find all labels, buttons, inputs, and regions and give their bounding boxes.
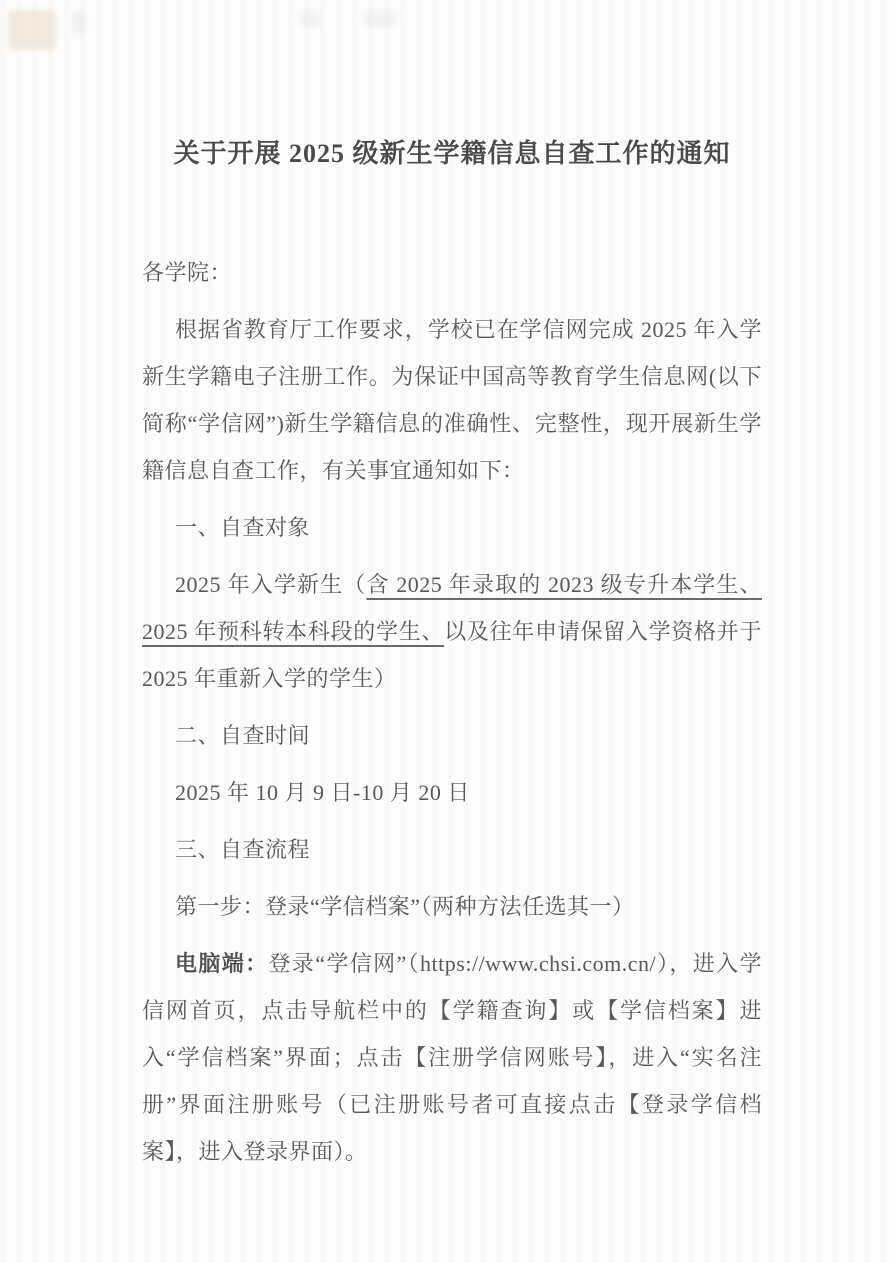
document-title: 关于开展 2025 级新生学籍信息自查工作的通知 bbox=[142, 131, 762, 177]
section1-paragraph: 2025 年入学新生（含 2025 年录取的 2023 级专升本学生、2025 … bbox=[142, 561, 762, 702]
section2-heading: 二、自查时间 bbox=[142, 712, 762, 759]
salutation: 各学院： bbox=[142, 249, 762, 296]
scan-artifact-smudge bbox=[72, 10, 86, 34]
pc-label: 电脑端： bbox=[175, 951, 269, 976]
section3-pc-paragraph: 电脑端：登录“学信网”（https://www.chsi.com.cn/），进入… bbox=[142, 940, 762, 1175]
section1-text-pre: 2025 年入学新生（ bbox=[175, 572, 366, 597]
scan-artifact-stamp bbox=[8, 10, 56, 50]
scanned-notice-page: 关于开展 2025 级新生学籍信息自查工作的通知 各学院： 根据省教育厅工作要求… bbox=[0, 0, 892, 1263]
section2-time-range: 2025 年 10 月 9 日-10 月 20 日 bbox=[142, 769, 762, 816]
section1-heading: 一、自查对象 bbox=[142, 504, 762, 551]
pc-instructions: 登录“学信网”（https://www.chsi.com.cn/），进入学信网首… bbox=[142, 951, 762, 1164]
scan-artifact-smudge bbox=[300, 10, 320, 28]
document-body: 关于开展 2025 级新生学籍信息自查工作的通知 各学院： 根据省教育厅工作要求… bbox=[142, 131, 762, 1185]
intro-paragraph: 根据省教育厅工作要求，学校已在学信网完成 2025 年入学新生学籍电子注册工作。… bbox=[142, 306, 762, 494]
section3-step1: 第一步：登录“学信档案”（两种方法任选其一） bbox=[142, 883, 762, 930]
scan-artifact-smudge bbox=[364, 10, 396, 28]
section3-heading: 三、自查流程 bbox=[142, 826, 762, 873]
